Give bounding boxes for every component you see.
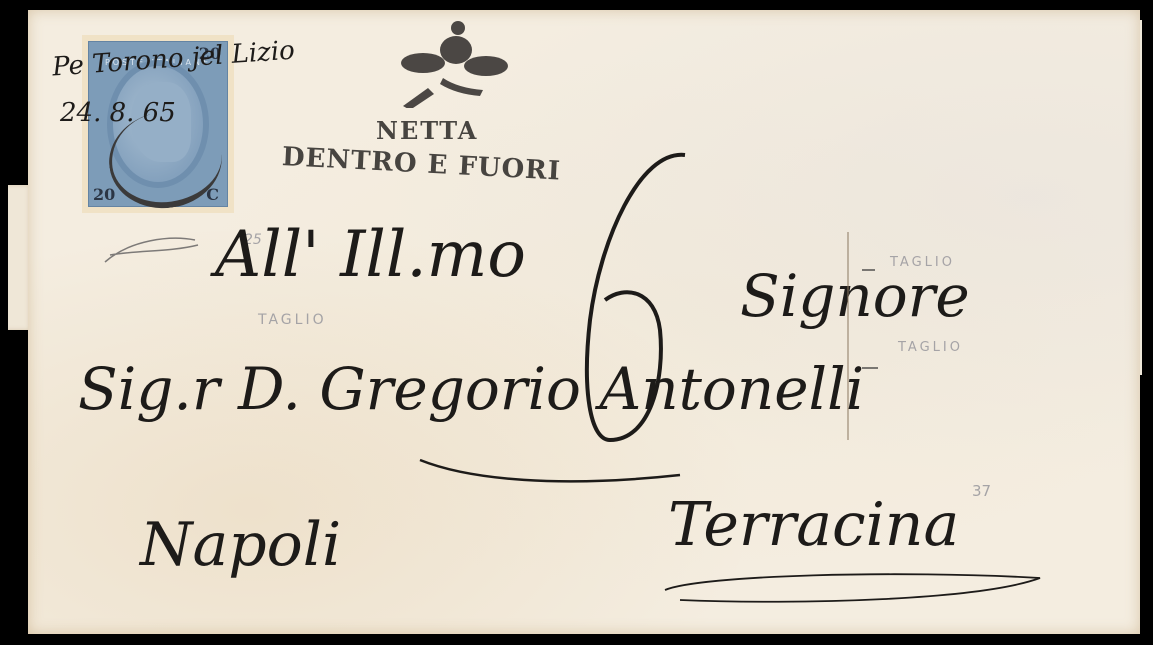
handwriting-flourishes (0, 0, 1153, 645)
postal-cover: TAGLIO TAGLIO TAGLIO 25 37 POSTE ITALIAN… (0, 0, 1153, 645)
